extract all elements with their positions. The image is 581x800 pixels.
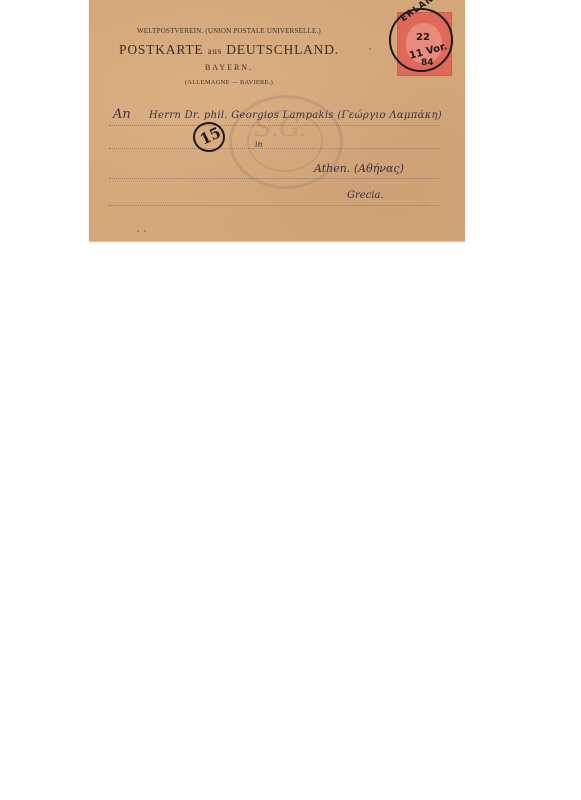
address-line-4 [109,205,439,206]
address-line-1 [109,125,439,126]
state-translation: (ALLEMAGNE — BAVIERE.) [89,79,369,86]
destination-country: Grecia. [347,190,384,201]
paper-speck [137,230,139,232]
title-part2: DEUTSCHLAND. [226,42,339,57]
title-part1: POSTKARTE [119,42,203,57]
address-line-2 [109,148,439,149]
address-line-3 [109,178,439,179]
destination-city: Athen. (Αθήνας) [314,162,404,175]
in-word: in [255,140,263,149]
state-name: BAYERN. [89,63,369,72]
paper-speck [369,48,371,50]
circled-number: 15 [197,123,224,148]
salutation: An [113,107,131,122]
title-small: aus [208,46,222,56]
postmark-day: 22 [416,32,430,43]
postcard-title: POSTKARTE aus DEUTSCHLAND. [89,42,369,58]
postmark-year: 84 [421,58,434,68]
paper-speck [144,230,146,232]
postcard: WELTPOSTVEREIN. (UNION POSTALE UNIVERSEL… [89,0,465,241]
union-header: WELTPOSTVEREIN. (UNION POSTALE UNIVERSEL… [89,27,369,35]
addressee: Herrn Dr. phil. Georgios Lampakis (Γεώργ… [149,110,442,121]
circled-number-mark: 15 [193,122,225,152]
postmark: ERLANGEN 22 11 Vor. 84 [389,8,453,72]
